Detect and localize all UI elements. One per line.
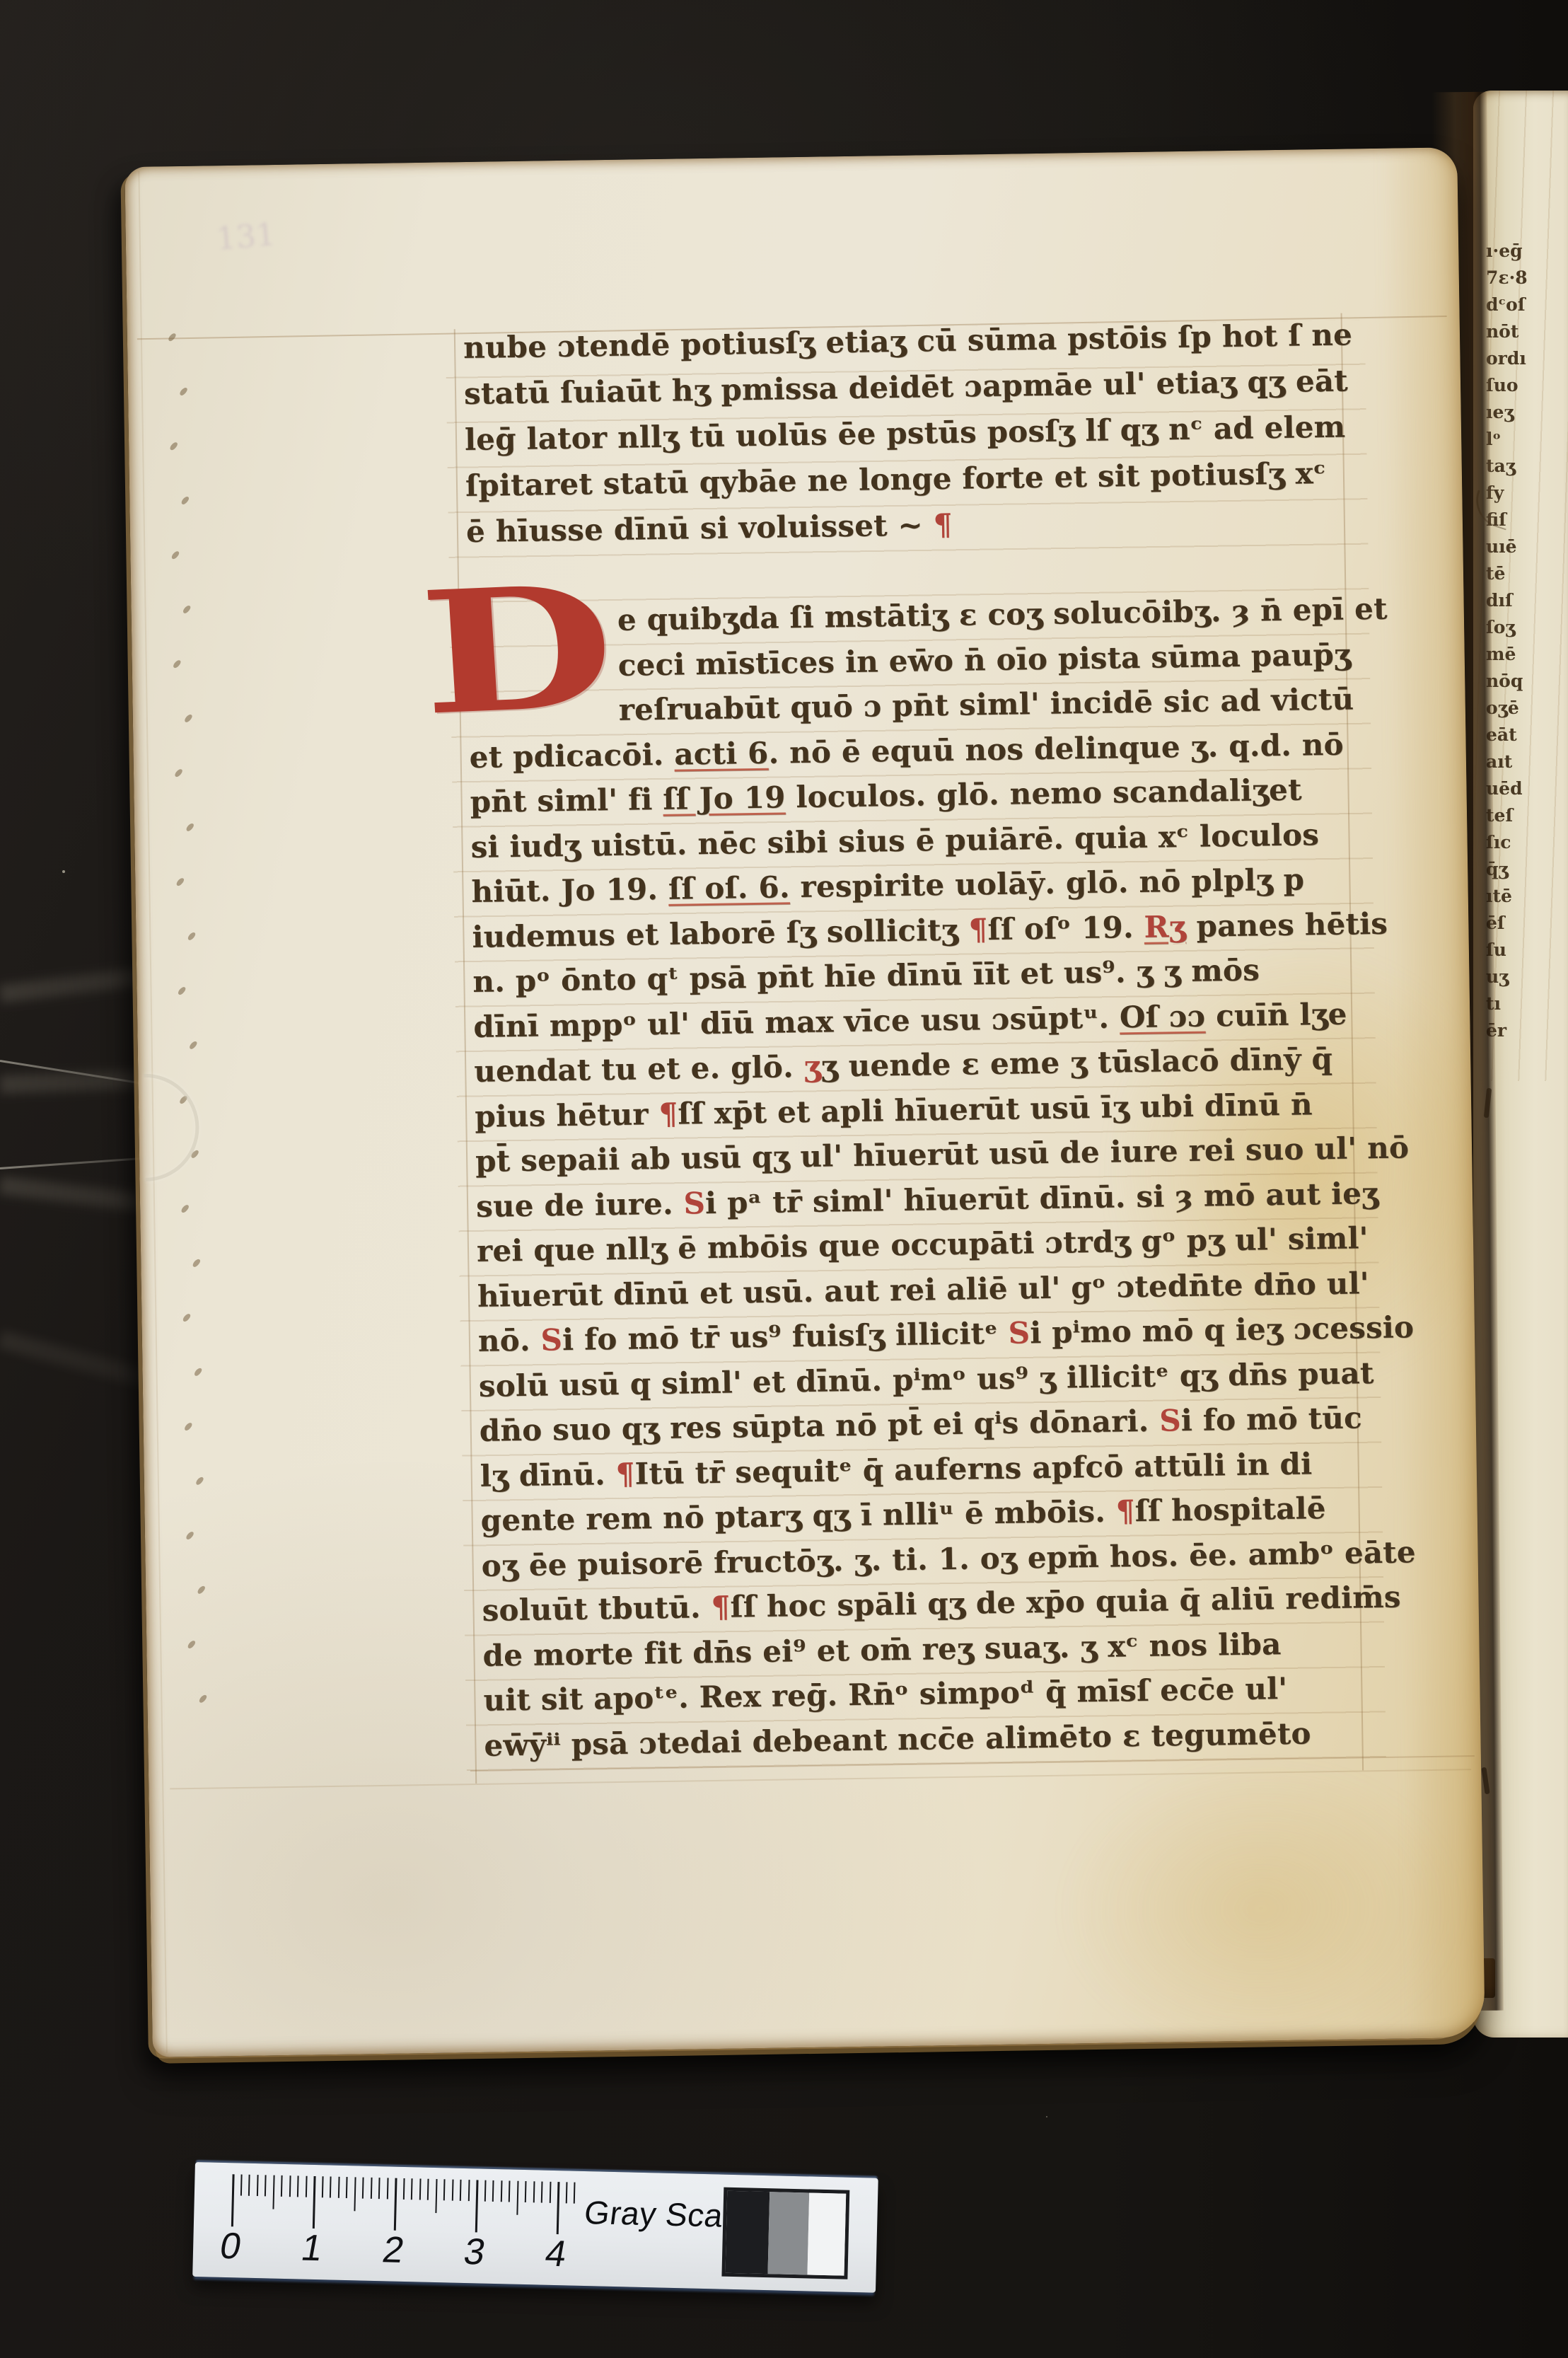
ink-text: nō. (478, 1323, 541, 1358)
ink-text: ſpitaret statū qybāe ne longe forte et s… (465, 456, 1327, 503)
ruler-tick (305, 2176, 307, 2197)
ruler-tick (525, 2181, 527, 2202)
ink-text: respirite uolāȳ. glō. nō plplʒ p (789, 862, 1304, 904)
facing-page-line-start: ordı (1486, 348, 1526, 369)
ruler-tick (231, 2174, 235, 2226)
ink-text: e quibʒda ſi mstātiʒ ɛ coʒ solucōibʒ. ȝ … (617, 591, 1387, 637)
facing-page-line-start: ſuo (1486, 375, 1518, 396)
clip-thread (0, 1156, 161, 1169)
pricking-hole (170, 550, 180, 560)
text-block: nube ɔtendē potiusſʒ etiaʒ cū sūma pstōi… (463, 312, 1369, 1768)
ruler-number: 4 (537, 2233, 576, 2276)
ink-text: rei que nllʒ ē mbōis que occupāti ɔtrdʒ … (477, 1220, 1369, 1268)
ruler-tick (289, 2175, 291, 2197)
pricking-hole (188, 1040, 197, 1051)
pricking-hole (195, 1476, 204, 1486)
rubric-mark: S (683, 1186, 705, 1220)
ink-text: panes hētis (1185, 906, 1388, 943)
ink-text: dn̄o suo qʒ res sūpta nō pt̄ ei qⁱs dōna… (479, 1404, 1159, 1448)
pricking-hole (174, 768, 183, 778)
dust-speck (62, 870, 65, 873)
ink-text: ſſ hospitalē (1134, 1491, 1326, 1528)
ruler-tick (411, 2178, 413, 2200)
ruler-tick (509, 2180, 511, 2202)
gray-scale-patches (721, 2187, 849, 2279)
pricking-hole (197, 1585, 206, 1595)
ruler-tick (549, 2182, 551, 2203)
ruler-tick (394, 2178, 397, 2231)
pricking-hole (182, 1312, 191, 1323)
calibration-ruler-card: 01234 Gray Scale (192, 2162, 878, 2293)
ink-text: ſſ xp̄t et apli hīuerūt usū īʒ ubi dīnū … (678, 1087, 1313, 1131)
pricking-hole (175, 877, 185, 887)
ruler-tick (492, 2180, 494, 2202)
parchment-surface: 131 nube ɔtendē potiusſʒ etiaʒ cū sūma p… (124, 147, 1485, 2057)
citation-underlined: ſſ oſ. 6. (668, 869, 790, 906)
ink-text: dīnī mppᵒ ul' dīū max vīce usu ɔsūptᵘ. (473, 1000, 1120, 1044)
ruler-tick (256, 2175, 258, 2196)
gray-scale-patch (726, 2191, 770, 2274)
ruler-tick (565, 2182, 567, 2203)
ink-text: ſſ hoc spāli qʒ de xp̄o quia q̄ aliū red… (730, 1580, 1401, 1624)
pricking-hole (177, 986, 186, 996)
ink-text: Itū tr̄ sequitᵉ q̄ auferns apfcō attūli … (634, 1446, 1312, 1491)
rubric-mark: ¶ (1115, 1493, 1135, 1528)
ruler-tick (240, 2175, 242, 2196)
ruler-tick (516, 2181, 518, 2215)
ruler-tick (574, 2183, 576, 2204)
ink-text: et pdicacōi. (469, 736, 674, 774)
ruler-tick (419, 2178, 421, 2200)
gray-scale-patch (807, 2192, 846, 2275)
rubric-mark: ¶ (658, 1096, 678, 1131)
ink-text: i fo mō tr̄ us⁹ fuisſʒ illicitᵉ (562, 1316, 1009, 1357)
ink-text: statū ſuiaūt hʒ pmissa deidēt ɔapmāe ul'… (464, 363, 1348, 411)
ruler-tick (435, 2179, 437, 2213)
ink-text: nube ɔtendē potiusſʒ etiaʒ cū sūma pstōi… (463, 317, 1353, 365)
pricking-hole (187, 1639, 196, 1650)
ink-text: soluūt tbutū. (482, 1590, 712, 1628)
ruler-ticks (195, 2162, 878, 2178)
rubric-mark: ¶ (711, 1590, 731, 1624)
ruler-number: 3 (455, 2231, 494, 2274)
ruler-tick (272, 2175, 274, 2209)
ruler-tick (500, 2180, 502, 2202)
citation-underlined: ſſ Jo 19 (663, 780, 786, 816)
ink-text: solū usū q siml' et dīnū. pⁱmᵒ us⁹ ʒ ill… (479, 1356, 1374, 1404)
ruler-tick (541, 2182, 543, 2203)
facing-page-line-start: nōt (1486, 321, 1518, 342)
pricking-hole (169, 441, 178, 451)
manuscript-photo: ı·eḡ7ɛ·8dᶜoſnōtordıſuoıeʒlᵒtaʒfyfiſuıētē… (0, 0, 1568, 2358)
ink-text: n. pᵒ ōnto qᵗ psā pn̄t hīe dīnū īīt et u… (472, 952, 1260, 999)
ink-text: ʒ uende ɛ eme ʒ tūslacō dīnȳ q̄ (820, 1041, 1332, 1084)
pricking-hole (172, 659, 181, 669)
pricking-hole (185, 822, 194, 833)
citation-underlined: Oſ ɔɔ (1120, 998, 1206, 1034)
ruler-number: 0 (211, 2225, 250, 2268)
pricking-hole (180, 1203, 190, 1214)
pricking-hole (187, 931, 196, 942)
ink-text: i pⁱmo mō q ieʒ ɔcessio (1030, 1310, 1415, 1350)
ink-text: ſſ oſᵒ 19. (987, 909, 1144, 946)
facing-page-line-start: ı·eḡ (1486, 241, 1523, 262)
ink-text: ceci mīstīces in ew̄o n̄ oīo pista sūma … (617, 637, 1351, 682)
ink-text: loculos. glō. nemo scandaliʒet (785, 773, 1302, 815)
paragraph-1: nube ɔtendē potiusſʒ etiaʒ cū sūma pstōi… (463, 312, 1351, 555)
ruler-tick (443, 2179, 446, 2200)
ruler-tick (427, 2179, 429, 2200)
ruler-tick (468, 2180, 470, 2201)
ink-text: pt̄ sepaii ab usū qʒ ul' hīuerūt usū de … (475, 1130, 1410, 1179)
rubric-mark: ¶ (968, 912, 988, 947)
pricking-hole (180, 495, 190, 506)
ruler-tick (321, 2176, 323, 2197)
ink-text: ē hīusse dīnū si voluisset ~ (466, 507, 924, 549)
ruler-tick (402, 2178, 405, 2200)
ink-text: . nō ē equū nos delinque ʒ. q.d. nō (768, 727, 1344, 770)
facing-page-line-start: dᶜoſ (1486, 294, 1526, 316)
ink-text: uendat tu et e. glō. (474, 1049, 804, 1089)
facing-page-line-start: taʒ (1486, 456, 1516, 477)
pricking-holes (124, 147, 1457, 167)
ink-text: iudemus et laborē ſʒ sollicitʒ (472, 912, 969, 954)
gray-scale-patch (768, 2192, 809, 2275)
ruler-tick (475, 2180, 479, 2232)
ruler-tick (337, 2177, 339, 2198)
ruler-tick (248, 2175, 250, 2196)
ink-text: leḡ lator nllʒ tū uolūs ēe pstūs posſʒ l… (465, 410, 1346, 457)
facing-page-line-start: 7ɛ·8 (1486, 267, 1528, 289)
ink-text: i fo mō tūc (1180, 1400, 1362, 1438)
ink-text: gente rem nō ptarʒ qʒ ī nlliᵘ ē mbōis. (480, 1494, 1116, 1538)
rubric-mark: S (1008, 1315, 1030, 1350)
pricking-hole (192, 1258, 201, 1268)
ink-text: pius hētur (475, 1097, 659, 1134)
ink-text: reſruabūt quō ɔ pn̄t siml' incidē sic ad… (618, 681, 1354, 727)
ruler-tick (297, 2175, 299, 2197)
ruler-tick (330, 2176, 332, 2197)
pricking-hole (184, 713, 193, 724)
ruler-number: 2 (374, 2229, 413, 2272)
ruler-tick (451, 2180, 453, 2201)
ink-text: sue de iure. (476, 1186, 684, 1223)
ink-text: ew̄ȳⁱⁱ psā ɔtedai debeant ncc̄e alimēto … (484, 1716, 1311, 1762)
ruler-tick (281, 2175, 283, 2197)
ruler-number: 1 (293, 2227, 332, 2270)
ink-text: si iudʒ uistū. nēc sibi sius ē puiārē. q… (470, 817, 1319, 865)
citation-underlined: Rʒ (1144, 908, 1186, 944)
pricking-hole (183, 1421, 192, 1432)
rubric-mark: ʒ (803, 1049, 821, 1084)
rubric-mark: ¶ (922, 507, 952, 543)
faint-pencil-inscription: 131 (215, 216, 277, 258)
manuscript-leaf: 131 nube ɔtendē potiusſʒ etiaʒ cū sūma p… (124, 147, 1485, 2057)
ink-text: uit sit apoᵗᵉ. Rex reḡ. Rn̄ᵒ simpoᵈ q̄ m… (483, 1671, 1287, 1718)
ink-text: pn̄t siml' fi (470, 782, 663, 819)
pricking-hole (198, 1694, 207, 1704)
ruler-tick (460, 2180, 462, 2201)
ruler-tick (557, 2182, 560, 2234)
ruler-tick (362, 2178, 364, 2199)
ruler-tick (484, 2180, 486, 2202)
ruler-tick (378, 2178, 381, 2199)
ink-text: hīuerūt dīnū et usū. aut rei aliē ul' gᵒ… (477, 1266, 1369, 1314)
ink-text: i pᵃ tr̄ siml' hīuerūt dīnū. si ȝ mō aut… (705, 1175, 1379, 1220)
ink-text: oʒ ēe puisorē fructōʒ. ʒ. ti. 1. oʒ epm̄… (481, 1535, 1416, 1583)
facing-page-line-start: ıeʒ (1486, 402, 1514, 423)
pricking-hole (179, 386, 188, 397)
ruler-tick (386, 2178, 388, 2199)
paragraph-2: D e quibʒda ſi mstātiʒ ɛ coʒ solucōibʒ. … (467, 586, 1368, 1767)
ruler-tick (313, 2176, 316, 2229)
rubric-mark: S (540, 1322, 562, 1357)
pricking-hole (193, 1367, 202, 1377)
ink-text: hiūt. Jo 19. (471, 872, 668, 909)
ink-text: lʒ dīnū. (480, 1457, 616, 1493)
ruler-tick (346, 2177, 348, 2198)
ruler-tick (370, 2178, 372, 2199)
rubric-mark: ¶ (615, 1456, 635, 1491)
pricking-hole (185, 1530, 194, 1541)
rubric-mark: S (1159, 1403, 1181, 1438)
ruler-tick (533, 2181, 535, 2202)
ruler-tick (354, 2177, 356, 2211)
ruler-tick (265, 2175, 267, 2196)
ink-text: de morte fit dn̄s ei⁹ et om̄ reʒ suaʒ. ʒ… (482, 1626, 1282, 1673)
ink-text: cuīn̄ lʒe (1205, 996, 1347, 1033)
citation-underlined: acti 6 (674, 735, 769, 771)
pricking-hole (182, 604, 191, 615)
